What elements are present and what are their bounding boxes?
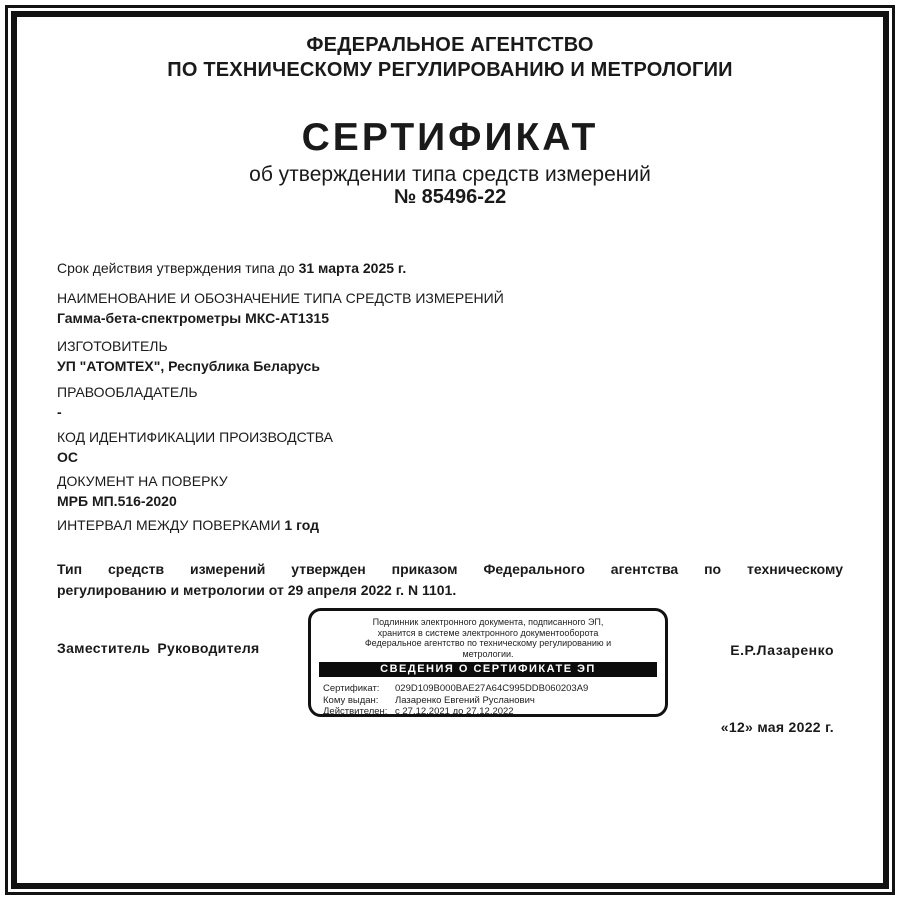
stamp-valid-value: с 27.12.2021 до 27.12.2022 bbox=[395, 706, 657, 717]
field-value: МРБ МП.516-2020 bbox=[57, 492, 843, 511]
certificate-content: ФЕДЕРАЛЬНОЕ АГЕНТСТВО ПО ТЕХНИЧЕСКОМУ РЕ… bbox=[20, 20, 880, 880]
validity-prefix: Срок действия утверждения типа до bbox=[57, 260, 299, 276]
field-label: ПРАВООБЛАДАТЕЛЬ bbox=[57, 383, 843, 402]
stamp-valid-row: Действителен: с 27.12.2021 до 27.12.2022 bbox=[323, 706, 657, 717]
signature-date: «12» мая 2022 г. bbox=[721, 719, 834, 735]
agency-line-2: ПО ТЕХНИЧЕСКОМУ РЕГУЛИРОВАНИЮ И МЕТРОЛОГ… bbox=[20, 58, 880, 83]
field-value: - bbox=[57, 403, 843, 422]
field-value: Гамма-бета-спектрометры МКС-АТ1315 bbox=[57, 309, 843, 328]
interval-value: 1 год bbox=[284, 517, 319, 533]
certificate-page: { "certificate": { "agency_line1": "ФЕДЕ… bbox=[0, 0, 900, 900]
stamp-issued-row: Кому выдан: Лазаренко Евгений Русланович bbox=[323, 695, 657, 707]
stamp-cert-label: Сертификат: bbox=[323, 683, 395, 695]
stamp-valid-label: Действителен: bbox=[323, 706, 395, 717]
approval-order-date: 29 апреля 2022 г. N 1101. bbox=[288, 582, 457, 598]
field-rightholder: ПРАВООБЛАДАТЕЛЬ - bbox=[57, 383, 843, 422]
stamp-header-line-2: хранится в системе электронного документ… bbox=[311, 628, 665, 639]
field-value: УП "АТОМТЕХ", Республика Беларусь bbox=[57, 357, 843, 376]
field-manufacturer: ИЗГОТОВИТЕЛЬ УП "АТОМТЕХ", Республика Бе… bbox=[57, 337, 843, 376]
field-value: ОС bbox=[57, 448, 843, 467]
stamp-header-text: Подлинник электронного документа, подпис… bbox=[311, 617, 665, 659]
document-number: № 85496-22 bbox=[20, 186, 880, 209]
signer-position: Заместитель Руководителя bbox=[57, 640, 259, 656]
stamp-issued-value: Лазаренко Евгений Русланович bbox=[395, 695, 657, 707]
electronic-signature-stamp: Подлинник электронного документа, подпис… bbox=[308, 608, 668, 717]
stamp-cert-row: Сертификат: 029D109B000BAE27A64C995DDB06… bbox=[323, 683, 657, 695]
stamp-header-line-3: Федеральное агентство по техническому ре… bbox=[311, 638, 665, 649]
stamp-cert-value: 029D109B000BAE27A64C995DDB060203A9 bbox=[395, 683, 657, 695]
stamp-title-bar: СВЕДЕНИЯ О СЕРТИФИКАТЕ ЭП bbox=[319, 662, 657, 677]
field-type-name: НАИМЕНОВАНИЕ И ОБОЗНАЧЕНИЕ ТИПА СРЕДСТВ … bbox=[57, 289, 843, 328]
interval-prefix: ИНТЕРВАЛ МЕЖДУ ПОВЕРКАМИ bbox=[57, 517, 284, 533]
approval-line-1: Тип средств измерений утвержден приказом… bbox=[57, 559, 843, 580]
stamp-header-line-1: Подлинник электронного документа, подпис… bbox=[311, 617, 665, 628]
field-label: ИЗГОТОВИТЕЛЬ bbox=[57, 337, 843, 356]
agency-header: ФЕДЕРАЛЬНОЕ АГЕНТСТВО ПО ТЕХНИЧЕСКОМУ РЕ… bbox=[20, 33, 880, 83]
document-title: СЕРТИФИКАТ bbox=[20, 116, 880, 160]
field-label: ДОКУМЕНТ НА ПОВЕРКУ bbox=[57, 472, 843, 491]
stamp-header-line-4: метрологии. bbox=[311, 649, 665, 660]
agency-line-1: ФЕДЕРАЛЬНОЕ АГЕНТСТВО bbox=[20, 33, 880, 58]
interval-line: ИНТЕРВАЛ МЕЖДУ ПОВЕРКАМИ 1 год bbox=[57, 516, 843, 535]
document-subtitle: об утверждении типа средств измерений bbox=[20, 163, 880, 187]
field-production-code: КОД ИДЕНТИФИКАЦИИ ПРОИЗВОДСТВА ОС bbox=[57, 428, 843, 467]
validity-line: Срок действия утверждения типа до 31 мар… bbox=[57, 259, 843, 278]
stamp-details: Сертификат: 029D109B000BAE27A64C995DDB06… bbox=[323, 683, 657, 717]
validity-date: 31 марта 2025 г. bbox=[299, 260, 407, 276]
approval-line-2: регулированию и метрологии от 29 апреля … bbox=[57, 580, 843, 601]
field-verification-document: ДОКУМЕНТ НА ПОВЕРКУ МРБ МП.516-2020 bbox=[57, 472, 843, 511]
field-label: НАИМЕНОВАНИЕ И ОБОЗНАЧЕНИЕ ТИПА СРЕДСТВ … bbox=[57, 289, 843, 308]
field-label: КОД ИДЕНТИФИКАЦИИ ПРОИЗВОДСТВА bbox=[57, 428, 843, 447]
signer-name: Е.Р.Лазаренко bbox=[730, 642, 834, 658]
approval-paragraph: Тип средств измерений утвержден приказом… bbox=[57, 559, 843, 601]
stamp-issued-label: Кому выдан: bbox=[323, 695, 395, 707]
approval-line-2-prefix: регулированию и метрологии от bbox=[57, 582, 288, 598]
